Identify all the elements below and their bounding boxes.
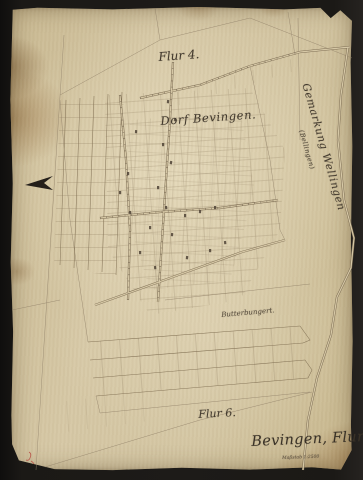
- red-annotation-mark: [26, 452, 34, 464]
- label-flur-4: Flur 4.: [158, 47, 200, 64]
- scanned-map-sheet: Flur 4. Dorf Bevingen. Gemarkung Welling…: [0, 0, 363, 480]
- label-flur-6: Flur 6.: [198, 406, 236, 421]
- map-linework: [0, 0, 363, 480]
- north-arrow-icon: [25, 176, 53, 190]
